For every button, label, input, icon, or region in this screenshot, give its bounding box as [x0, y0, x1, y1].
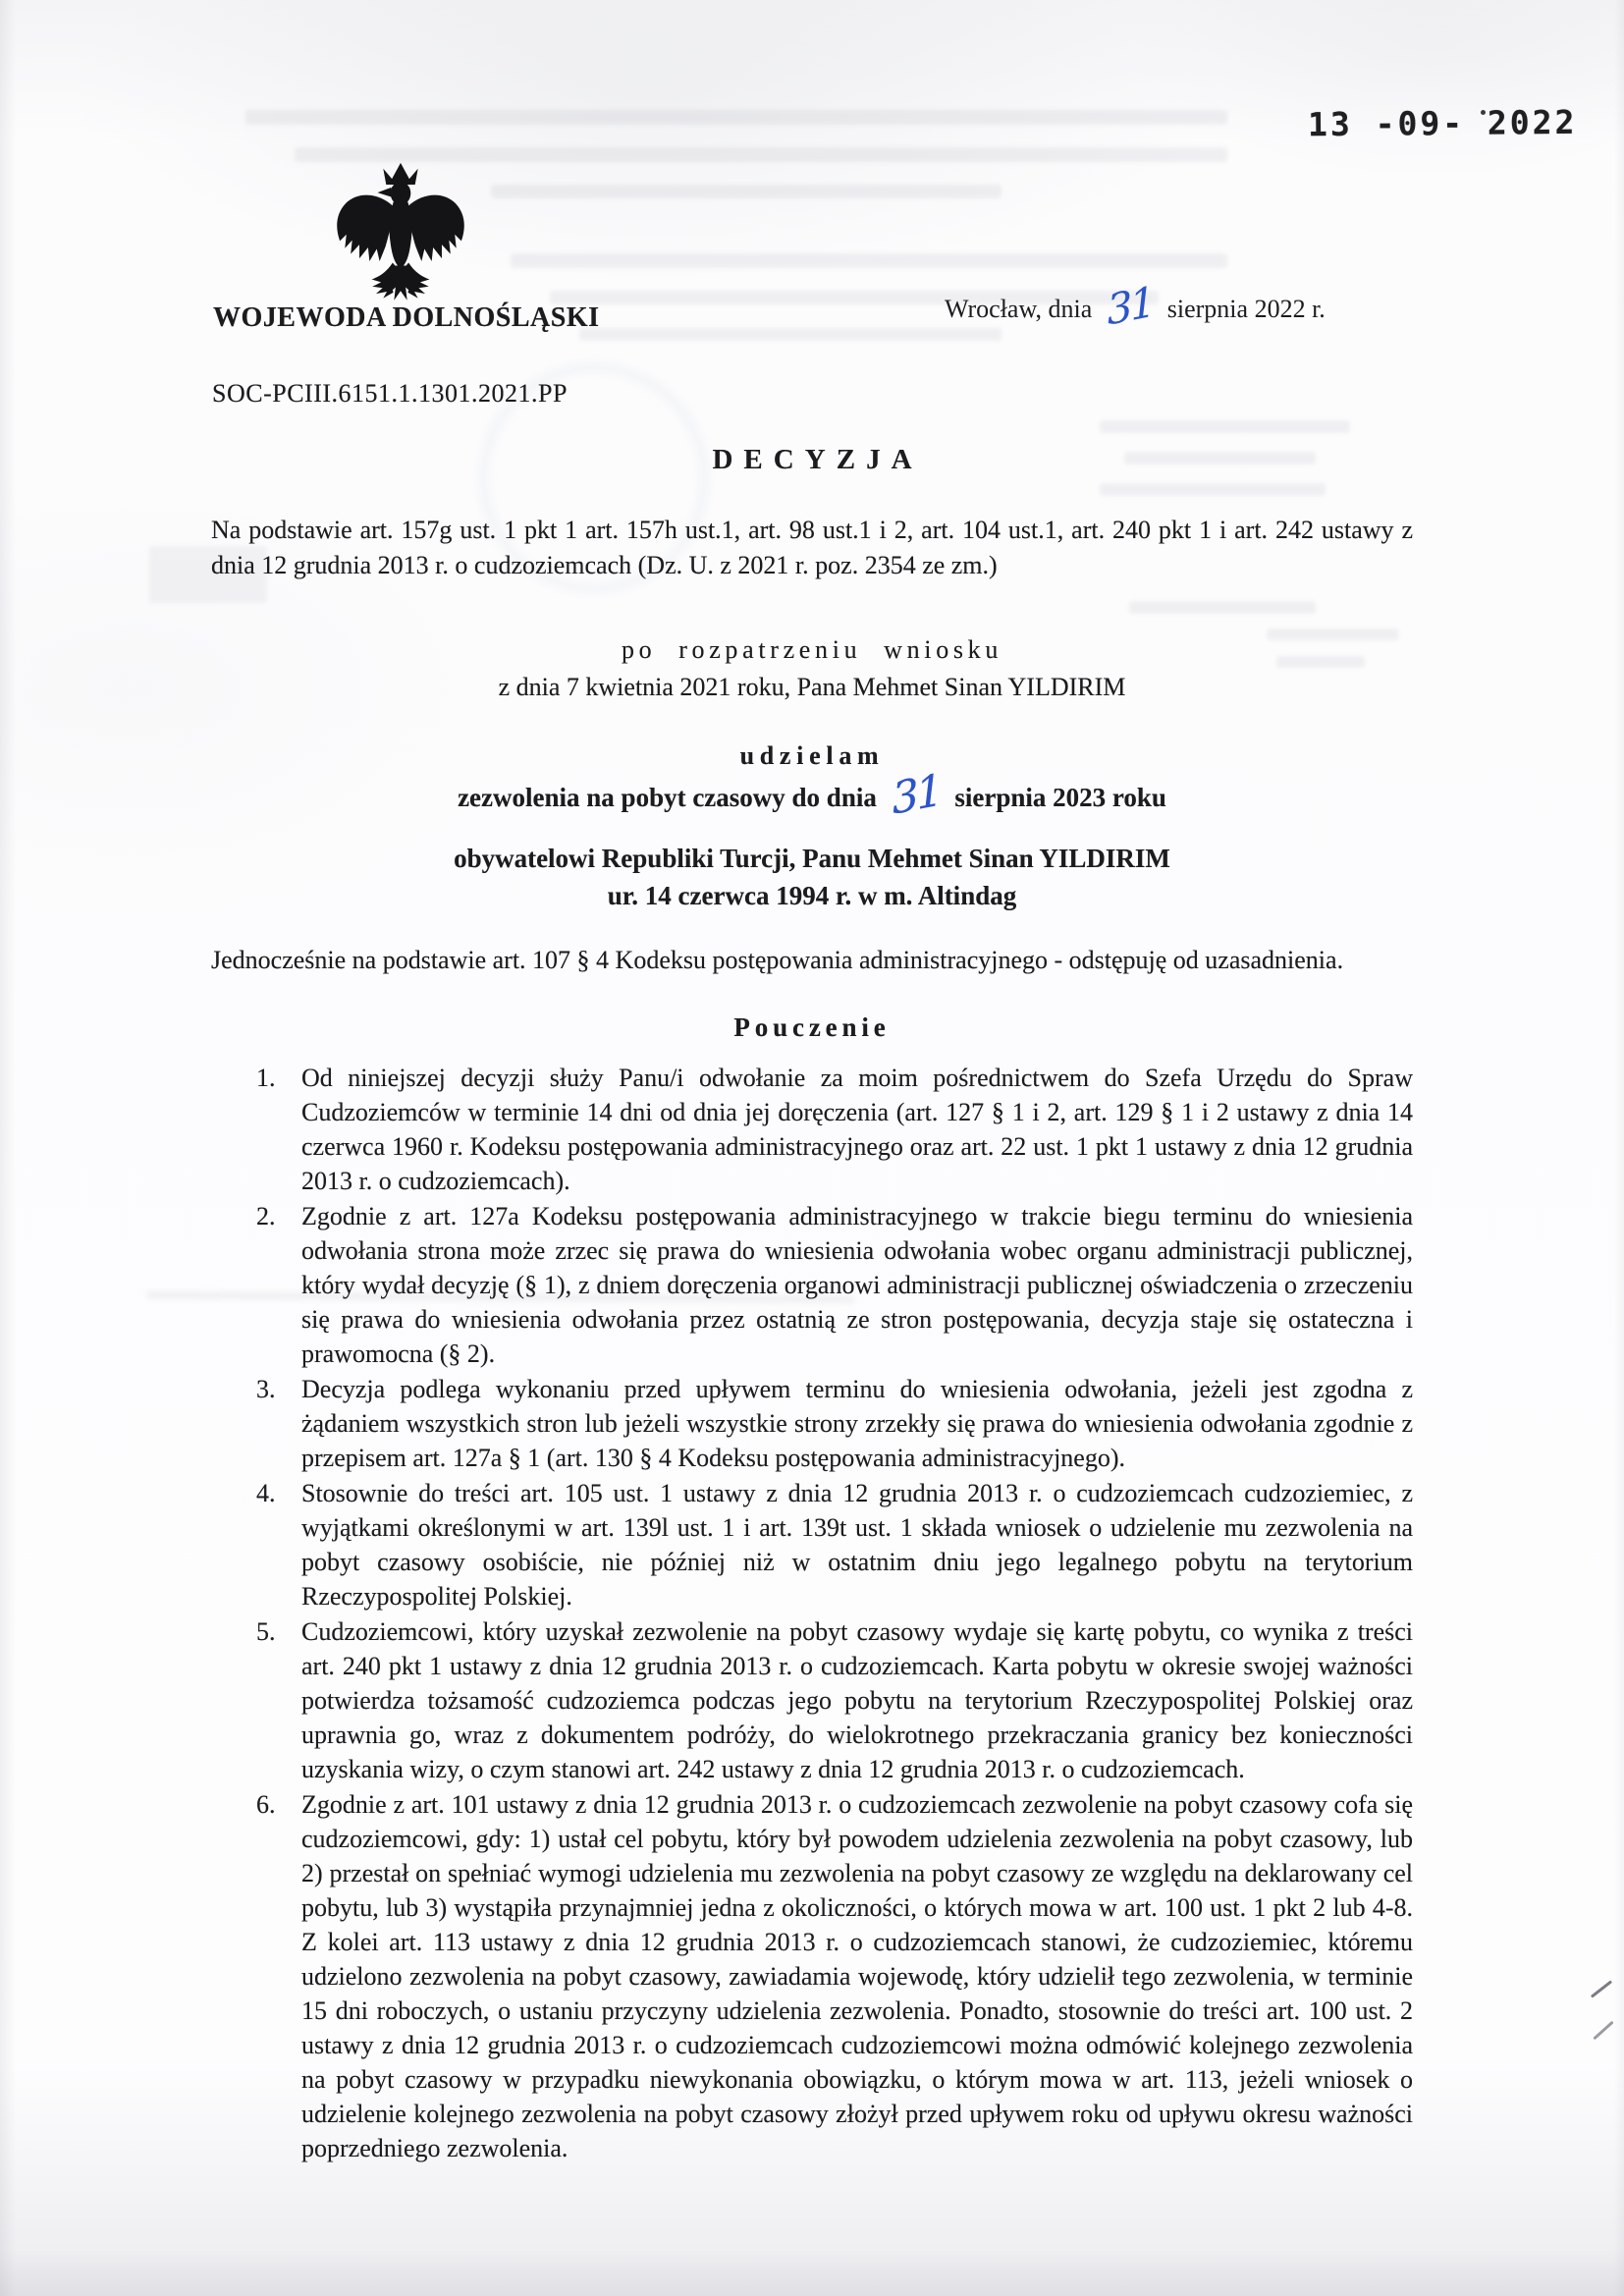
instruction-item: Stosownie do treści art. 105 ust. 1 usta… [301, 1476, 1413, 1613]
case-number: SOC-PCIII.6151.1.1301.2021.PP [212, 379, 568, 409]
handwritten-day-grant: 31 [892, 791, 940, 800]
stamp-dot-artifact [1481, 110, 1486, 115]
instruction-text: Zgodnie z art. 101 ustawy z dnia 12 grud… [301, 1790, 1413, 2162]
instructions-heading: Pouczenie [211, 1010, 1413, 1045]
instruction-text: Zgodnie z art. 127a Kodeksu postępowania… [301, 1202, 1413, 1368]
coat-of-arms-icon [328, 157, 473, 316]
grant-verb: udzielam [211, 738, 1413, 774]
instruction-item: Cudzoziemcowi, który uzyskał zezwolenie … [301, 1614, 1413, 1786]
grant-line-suffix: sierpnia 2023 roku [954, 783, 1166, 812]
bleed-through-artifact [491, 185, 1001, 198]
instructions-list: Od niniejszej decyzji służy Panu/i odwoł… [211, 1061, 1413, 2165]
instruction-text: Stosownie do treści art. 105 ust. 1 usta… [301, 1479, 1413, 1611]
birth-line: ur. 14 czerwca 1994 r. w m. Altindag [211, 878, 1413, 913]
decision-title: DECYZJA [222, 442, 1413, 477]
bleed-through-artifact [245, 110, 1227, 125]
handwritten-day-header: 31 [1107, 301, 1153, 310]
place-date-suffix: sierpnia 2022 r. [1167, 295, 1326, 323]
instruction-item: Zgodnie z art. 127a Kodeksu postępowania… [301, 1199, 1413, 1371]
bleed-through-artifact [579, 328, 1001, 341]
instruction-item: Zgodnie z art. 101 ustawy z dnia 12 grud… [301, 1787, 1413, 2165]
authority-name: WOJEWODA DOLNOŚLĄSKI [213, 302, 600, 334]
justification-waiver: Jednocześnie na podstawie art. 107 § 4 K… [211, 943, 1413, 978]
pen-mark [1591, 1980, 1612, 1997]
instruction-item: Decyzja podlega wykonaniu przed upływem … [301, 1372, 1413, 1475]
document-body: DECYZJA Na podstawie art. 157g ust. 1 pk… [211, 442, 1413, 2165]
recipient-line: obywatelowi Republiki Turcji, Panu Mehme… [211, 841, 1413, 876]
instruction-item: Od niniejszej decyzji służy Panu/i odwoł… [301, 1061, 1413, 1198]
consideration-line: po rozpatrzeniu wniosku [211, 632, 1413, 668]
pen-mark [1593, 2021, 1613, 2041]
date-received-stamp: 13 -09- 2022 [1308, 103, 1578, 143]
applicant-line: z dnia 7 kwietnia 2021 roku, Pana Mehmet… [211, 670, 1413, 705]
instruction-text: Cudzoziemcowi, który uzyskał zezwolenie … [301, 1617, 1413, 1783]
place-date-prefix: Wrocław, dnia [945, 295, 1092, 323]
scanned-decision-page: 13 -09- 2022 [0, 0, 1624, 2296]
instruction-text: Od niniejszej decyzji służy Panu/i odwoł… [301, 1064, 1413, 1195]
bleed-through-artifact [511, 253, 1227, 268]
instruction-text: Decyzja podlega wykonaniu przed upływem … [301, 1375, 1413, 1472]
grant-line: zezwolenia na pobyt czasowy do dnia 31 s… [211, 776, 1413, 819]
grant-line-prefix: zezwolenia na pobyt czasowy do dnia [458, 783, 877, 812]
bleed-through-artifact [1100, 420, 1350, 433]
place-date-line: Wrocław, dnia 31 sierpnia 2022 r. [945, 295, 1416, 324]
legal-basis-paragraph: Na podstawie art. 157g ust. 1 pkt 1 art.… [211, 513, 1413, 583]
